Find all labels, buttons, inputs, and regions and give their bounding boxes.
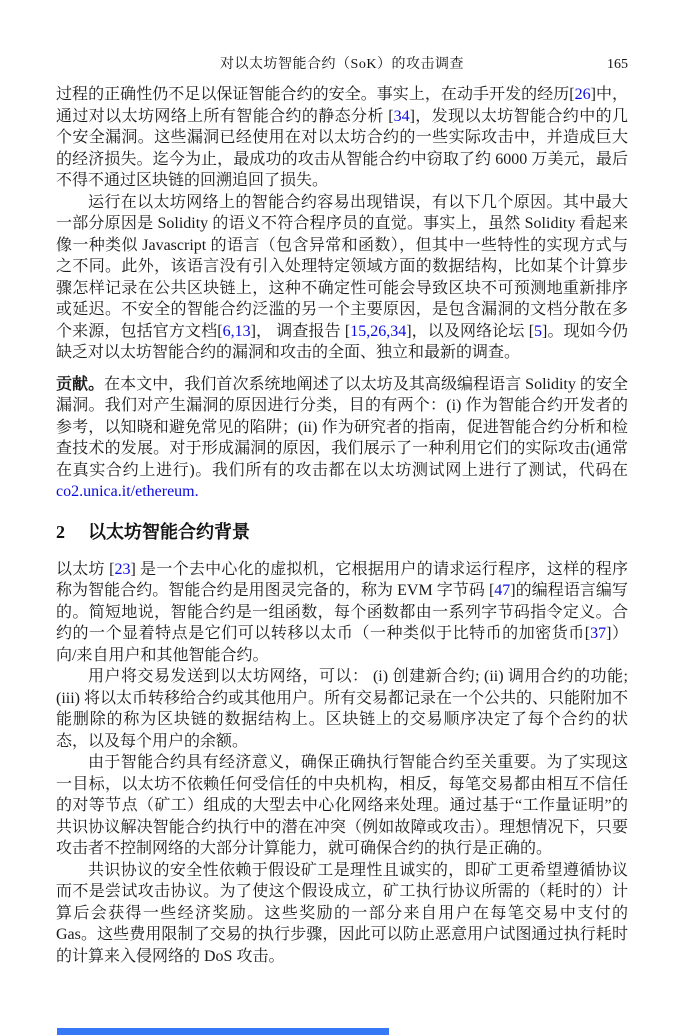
- citation-link[interactable]: 47: [494, 582, 510, 599]
- citation-link[interactable]: 5: [534, 323, 542, 340]
- paragraph: 运行在以太坊网络上的智能合约容易出现错误，有以下几个原因。其中最大一部分原因是 …: [56, 192, 628, 364]
- page-number: 165: [607, 56, 628, 74]
- external-url-link[interactable]: co2.unica.it/ethereum.: [56, 483, 199, 500]
- citation-link[interactable]: 6,13: [223, 323, 251, 340]
- section-title: 以太坊智能合约背景: [88, 522, 250, 542]
- bottom-highlight-bar: [57, 1028, 389, 1035]
- content-root: 过程的正确性仍不足以保证智能合约的安全。事实上，在动手开发的经历[26]中，通过…: [56, 84, 628, 967]
- citation-link[interactable]: 15,26,34: [350, 323, 406, 340]
- citation-link[interactable]: 34: [394, 108, 410, 125]
- page-header: 对以太坊智能合约（SoK）的攻击调查 165: [56, 56, 628, 74]
- document-page: 对以太坊智能合约（SoK）的攻击调查 165 过程的正确性仍不足以保证智能合约的…: [0, 0, 683, 1036]
- section-number: 2: [56, 520, 65, 544]
- citation-link[interactable]: 37: [590, 625, 606, 642]
- section-heading: 2以太坊智能合约背景: [56, 520, 628, 544]
- paragraph: 以太坊 [23] 是一个去中心化的虚拟机，它根据用户的请求运行程序，这样的程序称…: [56, 559, 628, 667]
- bold-lead-in: 贡献。: [56, 376, 104, 393]
- paragraph: 过程的正确性仍不足以保证智能合约的安全。事实上，在动手开发的经历[26]中，通过…: [56, 84, 628, 192]
- paragraph: 共识协议的安全性依赖于假设矿工是理性且诚实的，即矿工更希望遵循协议而不是尝试攻击…: [56, 860, 628, 968]
- running-title: 对以太坊智能合约（SoK）的攻击调查: [56, 56, 628, 74]
- paragraph: 由于智能合约具有经济意义，确保正确执行智能合约至关重要。为了实现这一目标，以太坊…: [56, 752, 628, 860]
- paragraph: 贡献。在本文中，我们首次系统地阐述了以太坊及其高级编程语言 Solidity 的…: [56, 374, 628, 503]
- citation-link[interactable]: 23: [114, 561, 130, 578]
- citation-link[interactable]: 26: [575, 86, 591, 103]
- paragraph: 用户将交易发送到以太坊网络，可以： (i) 创建新合约; (ii) 调用合约的功…: [56, 666, 628, 752]
